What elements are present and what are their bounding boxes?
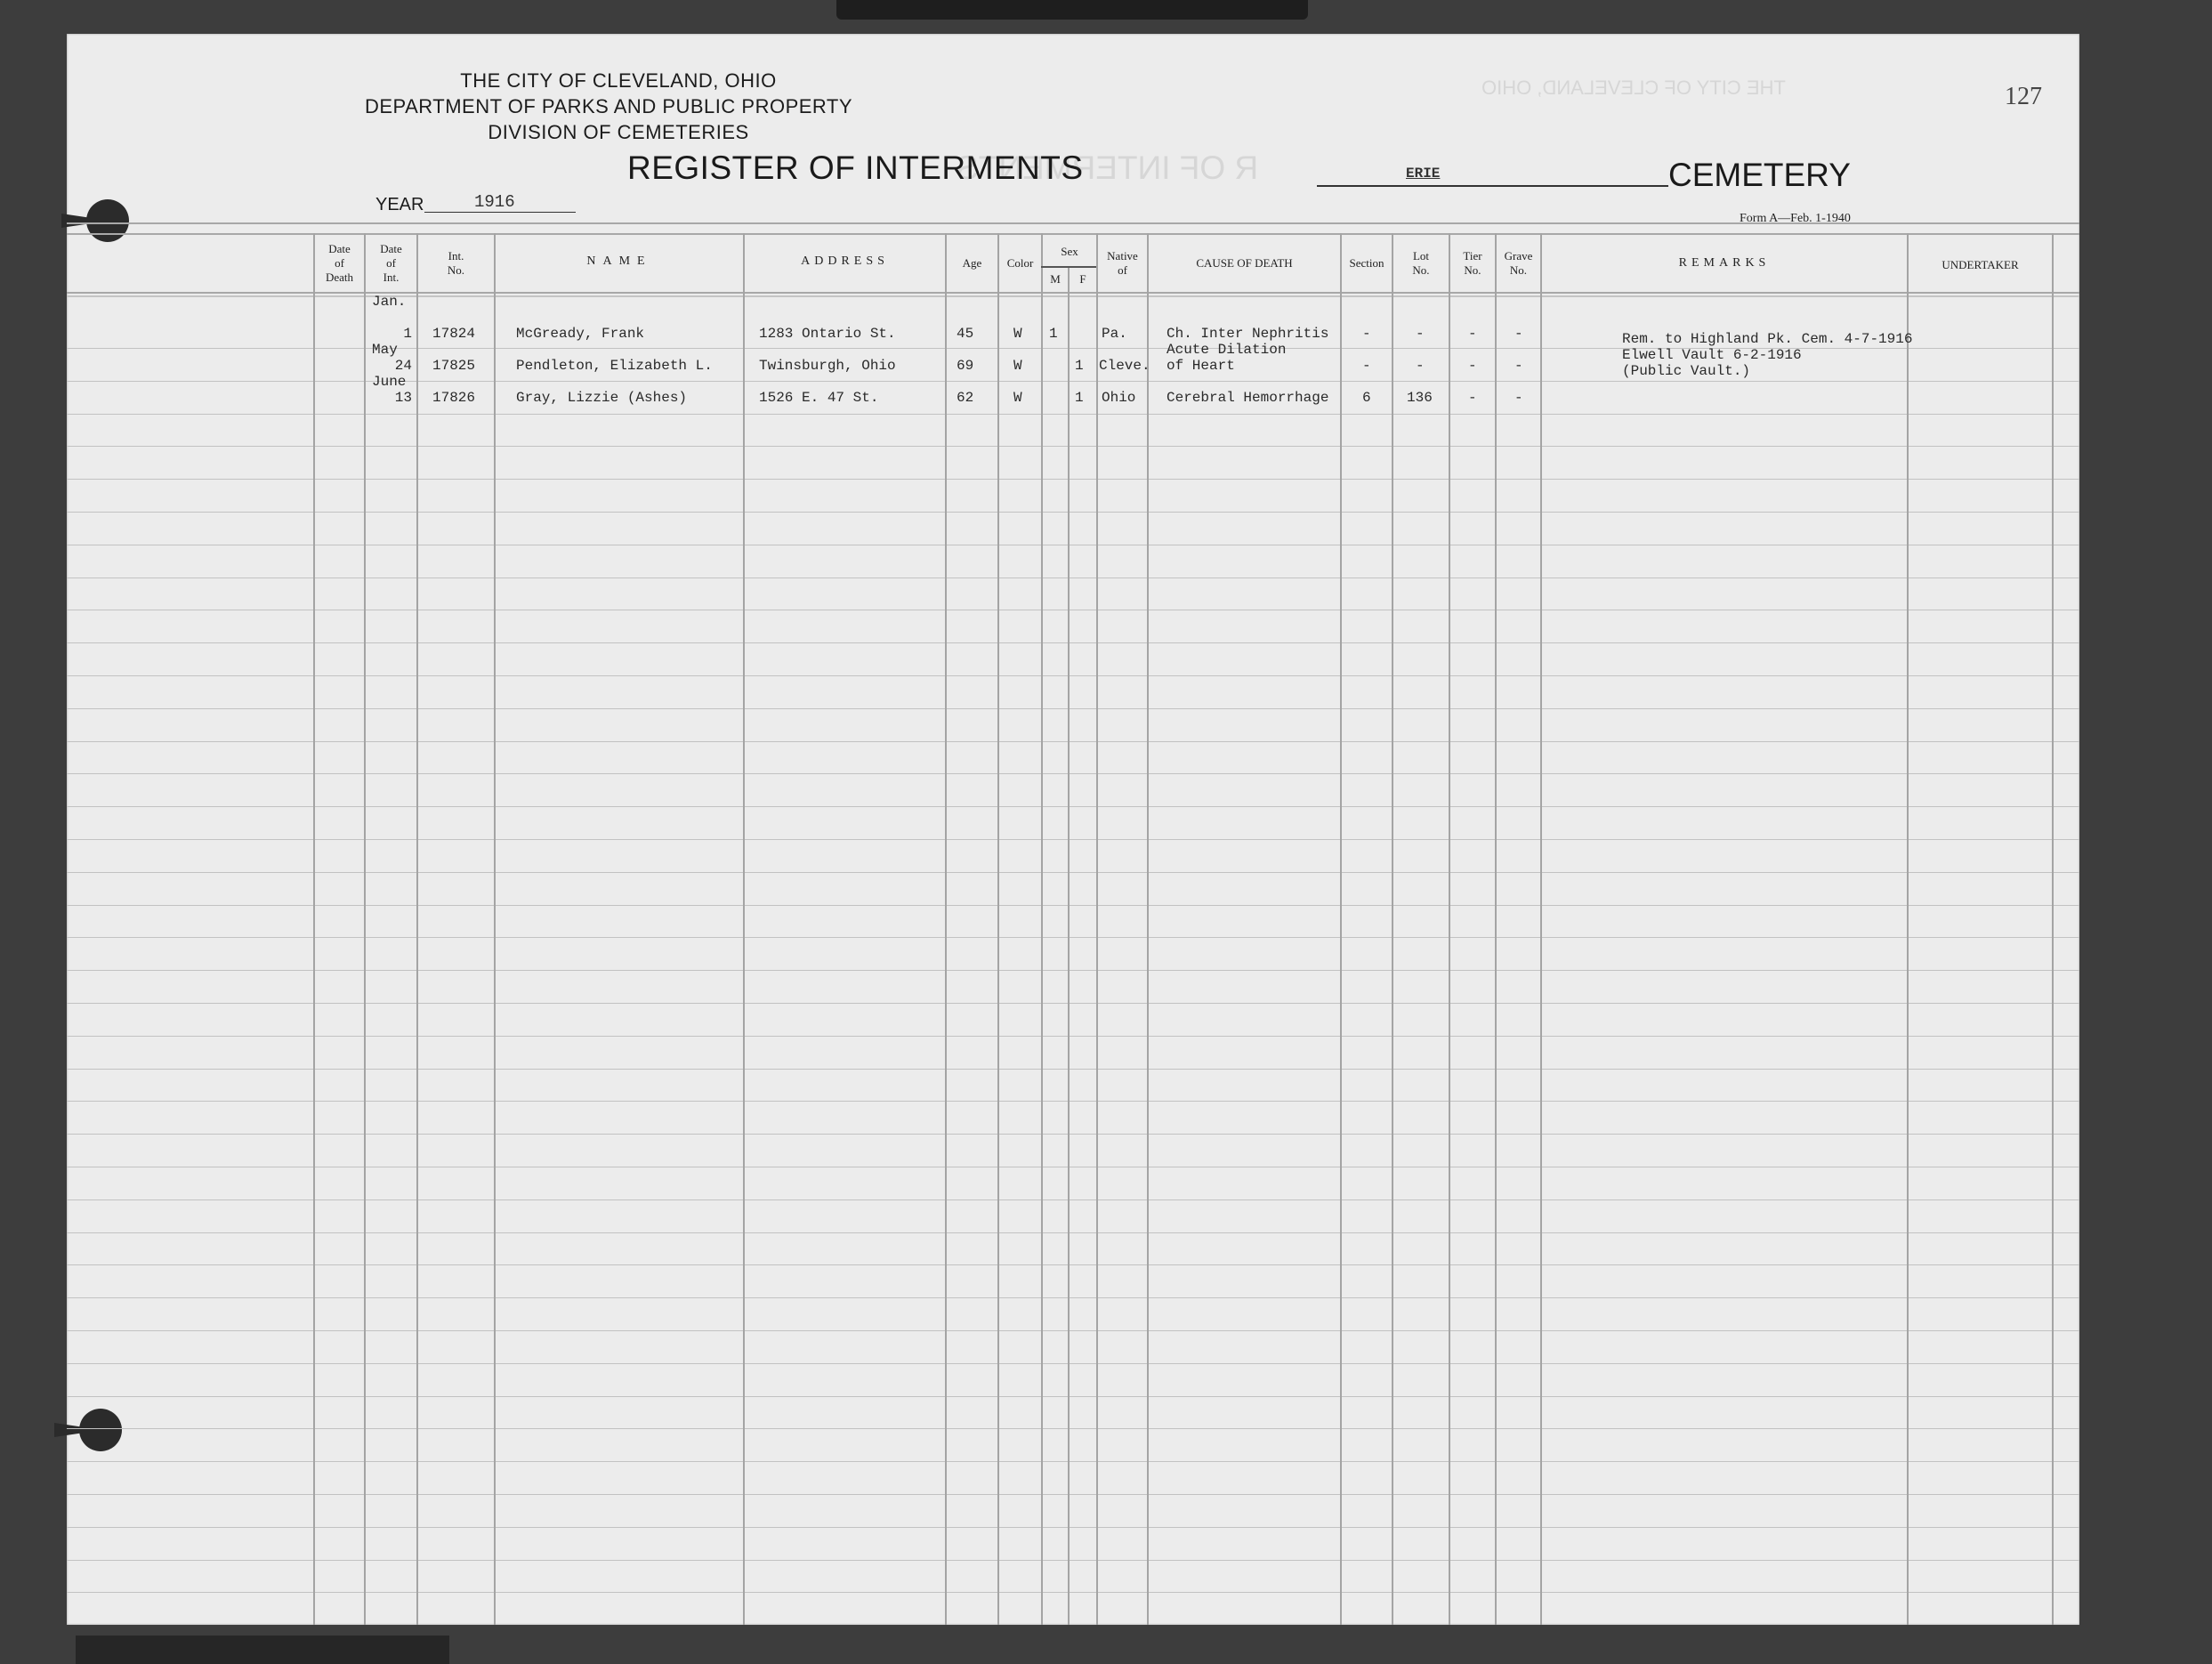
ruled-line — [67, 1592, 2079, 1593]
ruled-line — [67, 1200, 2079, 1200]
column-header-name: NAME — [496, 237, 743, 287]
column-divider — [1147, 233, 1149, 1625]
column-divider — [743, 233, 745, 1625]
ruled-line — [67, 512, 2079, 513]
grave-no: - — [1514, 358, 1523, 374]
ruled-line — [67, 381, 2079, 382]
ruled-line — [67, 1167, 2079, 1167]
ruled-line — [67, 479, 2079, 480]
ruled-line — [67, 446, 2079, 447]
page-title: REGISTER OF INTERMENTS — [627, 149, 1084, 187]
ruled-line — [67, 970, 2079, 971]
month-label: June — [372, 374, 406, 390]
ruled-line — [67, 545, 2079, 545]
city-heading: THE CITY OF CLEVELAND, OHIO — [360, 69, 876, 93]
column-header-sex-m: M — [1043, 269, 1068, 290]
cemetery-name: ERIE — [1406, 166, 1440, 182]
column-divider — [1041, 233, 1043, 1625]
column-header-section: Section — [1342, 237, 1392, 290]
column-header-undertaker: UNDERTAKER — [1909, 237, 2052, 294]
sex-m: 1 — [1049, 326, 1058, 342]
ruled-line — [67, 414, 2079, 415]
header-bottom-rule — [67, 292, 2079, 294]
scanner-strip-top — [836, 0, 1308, 20]
column-header-sex: Sex — [1043, 240, 1096, 263]
ruled-line — [67, 839, 2079, 840]
age: 69 — [957, 358, 973, 374]
sex-f: 1 — [1075, 390, 1084, 406]
column-divider — [1540, 233, 1542, 1625]
column-header-tier-no: Tier No. — [1450, 237, 1495, 290]
lot-no: 136 — [1407, 390, 1433, 406]
ruled-line — [67, 578, 2079, 578]
ruled-line — [67, 1264, 2079, 1265]
month-label: Jan. — [372, 294, 406, 310]
ruled-line — [67, 1527, 2079, 1528]
column-divider — [1907, 233, 1909, 1625]
column-divider — [1449, 233, 1450, 1625]
int-no: 17824 — [432, 326, 475, 342]
column-divider — [2052, 233, 2054, 1625]
bleed-through-text: THE CITY OF CLEVELAND, OHIO — [1481, 77, 1786, 100]
sex-subheader-rule — [1041, 266, 1096, 268]
section: - — [1362, 358, 1371, 374]
column-divider — [364, 233, 366, 1625]
ruled-line — [67, 708, 2079, 709]
ruled-line — [67, 1461, 2079, 1462]
ruled-line — [67, 1003, 2079, 1004]
color: W — [1013, 390, 1022, 406]
column-divider — [1340, 233, 1342, 1625]
header-bottom-rule — [67, 295, 2079, 297]
ruled-line — [67, 1330, 2079, 1331]
column-header-color: Color — [999, 237, 1041, 290]
ruled-line — [67, 872, 2079, 873]
date-of-int: 24 — [387, 358, 412, 374]
ruled-line — [67, 642, 2079, 643]
column-header-address: ADDRESS — [745, 237, 945, 287]
name: Gray, Lizzie (Ashes) — [516, 390, 687, 406]
lot-no: - — [1416, 326, 1425, 342]
ruled-line — [67, 806, 2079, 807]
column-divider — [1068, 267, 1070, 1625]
tier-no: - — [1468, 358, 1477, 374]
date-of-int: 13 — [387, 390, 412, 406]
ruled-line — [67, 675, 2079, 676]
native-of: Cleve. — [1099, 358, 1150, 374]
lot-no: - — [1416, 358, 1425, 374]
cause-of-death-line1: Acute Dilation — [1167, 342, 1286, 358]
column-header-int-no: Int. No. — [418, 237, 494, 290]
ruled-line — [67, 773, 2079, 774]
division-heading: DIVISION OF CEMETERIES — [360, 121, 876, 144]
sex-f: 1 — [1075, 358, 1084, 374]
year-value: 1916 — [474, 192, 515, 212]
ruled-line — [67, 1069, 2079, 1070]
ruled-line — [67, 937, 2079, 938]
cause-of-death: Ch. Inter Nephritis — [1167, 326, 1328, 342]
remarks-line1: Elwell Vault 6-2-1916 — [1622, 347, 1802, 363]
ruled-line — [67, 1297, 2079, 1298]
ruled-line — [67, 1560, 2079, 1561]
column-header-date-of-int: Date of Int. — [366, 237, 416, 290]
grave-no: - — [1514, 390, 1523, 406]
remarks: Rem. to Highland Pk. Cem. 4-7-1916 — [1622, 331, 1912, 347]
year-underline — [424, 212, 576, 213]
cemetery-label: CEMETERY — [1668, 157, 1851, 194]
column-divider — [1392, 233, 1393, 1625]
ruled-line — [67, 1232, 2079, 1233]
name: McGready, Frank — [516, 326, 644, 342]
date-of-int: 1 — [396, 326, 412, 342]
ruled-line — [67, 1363, 2079, 1364]
column-divider — [416, 233, 418, 1625]
year-label: YEAR — [375, 195, 424, 215]
grave-no: - — [1514, 326, 1523, 342]
punch-hole-icon — [79, 1409, 122, 1451]
column-divider — [1096, 233, 1098, 1625]
table-top-rule — [67, 222, 2079, 224]
column-divider — [945, 233, 947, 1625]
cause-of-death: of Heart — [1167, 358, 1235, 374]
punch-hole-icon — [86, 199, 129, 242]
ruled-line — [67, 1036, 2079, 1037]
remarks: (Public Vault.) — [1622, 363, 1750, 379]
ruled-line — [67, 1428, 2079, 1429]
color: W — [1013, 358, 1022, 374]
column-header-sex-f: F — [1070, 269, 1096, 290]
table-top-rule — [67, 233, 2079, 235]
native-of: Ohio — [1102, 390, 1135, 406]
column-divider — [997, 233, 999, 1625]
tier-no: - — [1468, 390, 1477, 406]
tier-no: - — [1468, 326, 1477, 342]
column-divider — [313, 233, 315, 1625]
address: 1283 Ontario St. — [759, 326, 896, 342]
department-heading: DEPARTMENT OF PARKS AND PUBLIC PROPERTY — [365, 95, 970, 118]
cemetery-underline — [1317, 185, 1668, 187]
column-divider — [1495, 233, 1497, 1625]
section: - — [1362, 326, 1371, 342]
address: Twinsburgh, Ohio — [759, 358, 896, 374]
column-header-grave-no: Grave No. — [1497, 237, 1540, 290]
int-no: 17826 — [432, 390, 475, 406]
column-header-lot-no: Lot No. — [1393, 237, 1449, 290]
cause-of-death: Cerebral Hemorrhage — [1167, 390, 1328, 406]
ruled-line — [67, 1494, 2079, 1495]
name: Pendleton, Elizabeth L. — [516, 358, 713, 374]
column-header-date-of-death: Date of Death — [315, 237, 364, 290]
register-page: THE CITY OF CLEVELAND, OHIO R OF INTERME… — [67, 34, 2079, 1625]
age: 45 — [957, 326, 973, 342]
age: 62 — [957, 390, 973, 406]
column-header-native-of: Native of — [1098, 237, 1147, 290]
ruled-line — [67, 1396, 2079, 1397]
scanner-strip-bottom — [76, 1636, 449, 1664]
column-divider — [494, 233, 496, 1625]
page-number: 127 — [2005, 83, 2042, 111]
ruled-line — [67, 741, 2079, 742]
column-header-remarks: REMARKS — [1542, 237, 1907, 290]
ruled-line — [67, 610, 2079, 610]
section: 6 — [1362, 390, 1371, 406]
ruled-line — [67, 1134, 2079, 1135]
ruled-line — [67, 1101, 2079, 1102]
month-label: May — [372, 342, 398, 358]
ruled-line — [67, 905, 2079, 906]
native-of: Pa. — [1102, 326, 1127, 342]
column-header-age: Age — [947, 237, 997, 290]
address: 1526 E. 47 St. — [759, 390, 878, 406]
color: W — [1013, 326, 1022, 342]
column-header-cause-of-death: CAUSE OF DEATH — [1149, 237, 1340, 290]
int-no: 17825 — [432, 358, 475, 374]
